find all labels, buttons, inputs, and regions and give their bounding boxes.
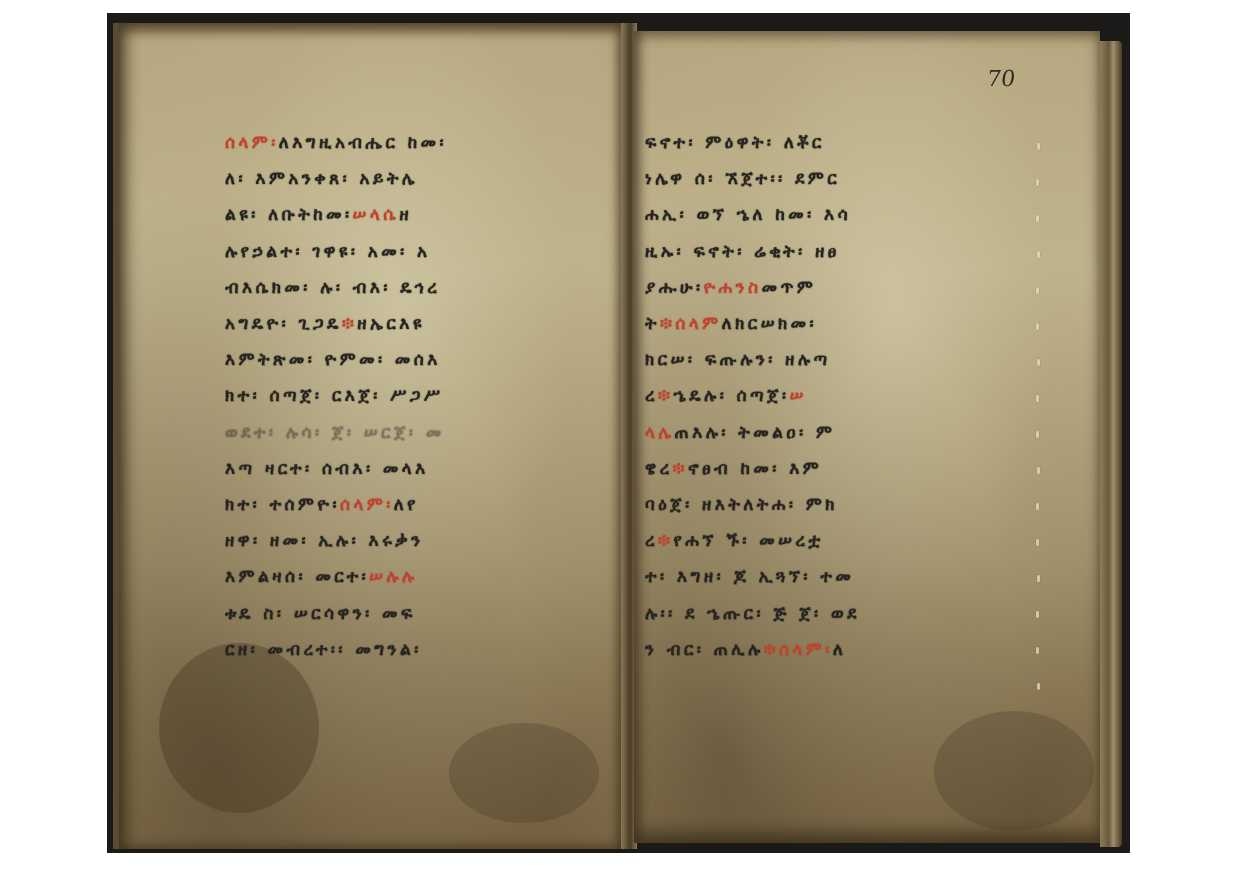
body-text: ለ፡ እምአንቀጸ፡ አይትሌ [225, 169, 418, 189]
right-page-text: ፍኖተ፡ ምዕዋት፡ ለቾርነሌዋ ሰ፡ ኧጀተ፡፡ ደምርሐኢ፡ ወኘ ኄለ … [645, 125, 995, 668]
body-text: ዘ [399, 205, 412, 225]
body-text: ዘኤርእዩ [357, 314, 425, 334]
rubric-text: ፨ [342, 314, 357, 334]
right-text-line: ክርሠ፡ ፍጡሉን፡ ዘሉጣ [645, 342, 995, 378]
body-text: ክተ፡ ሰጣጀ፡ ርእጀ፡ ሥጋሥ [225, 386, 443, 406]
right-text-line: ረ፨ኄዴሉ፡ ሰጣጀ፡ ሠ [645, 378, 995, 414]
right-text-line: ት፨ሰላምለክርሠክመ፡ [645, 306, 995, 342]
stain [934, 711, 1094, 831]
pricking-hole [1036, 395, 1039, 402]
body-text: ሉየኃልተ፡ ገዋዩ፡ አመ፡ አ [225, 242, 431, 262]
body-text: ኖፀብ ከመ፡ እም [688, 459, 822, 479]
body-text: እምትጽመ፡ ዮምመ፡ መሰእ [225, 350, 441, 370]
body-text: እጣ ዛርተ፡ ሰብእ፡ መላእ [225, 459, 429, 479]
rubric-text: ፨ [658, 386, 673, 406]
stain [449, 723, 599, 823]
right-text-line: ሐኢ፡ ወኘ ኄለ ከመ፡ እሳ [645, 197, 995, 233]
body-text: ተ፡ እግዘ፡ ጆ ኢጓኘ፡ ተመ [645, 567, 854, 587]
body-text: ያሑሁ፡ [645, 278, 704, 298]
left-text-line: አግዴዮ፡ ጊጋዴ፨ዘኤርእዩ [225, 306, 585, 342]
body-text: ት [645, 314, 660, 334]
left-text-line: ሰላም፡ ለእግዚአብሔር ከመ፡ [225, 125, 585, 161]
body-text: አግዴዮ፡ ጊጋዴ [225, 314, 342, 334]
pricking-hole [1036, 215, 1039, 222]
pricking-hole [1036, 179, 1039, 186]
body-text: ፍኖተ፡ ምዕዋት፡ ለቾር [645, 133, 825, 153]
body-text: ዌረ [645, 459, 673, 479]
right-text-line: ረ፨የሐኘ ጙ፡ መሠረቷ [645, 523, 995, 559]
right-text-line: ን ብር፡ ጠሊሉ፨ሰላም፡ ለ [645, 632, 995, 668]
left-text-line: ለ፡ እምአንቀጸ፡ አይትሌ [225, 161, 585, 197]
right-text-line: ባዕጀ፡ ዘእትለትሐ፡ ምክ [645, 487, 995, 523]
left-text-line: ዘዋ፡ ዘመ፡ ኢሉ፡ እሩቃን [225, 523, 585, 559]
right-text-line: ተ፡ እግዘ፡ ጆ ኢጓኘ፡ ተመ [645, 559, 995, 595]
body-text: ርዘ፡ መብረተ፡፡ መግንል፡ [225, 640, 422, 660]
pricking-hole [1036, 287, 1039, 294]
left-text-line: ክተ፡ ሰጣጀ፡ ርእጀ፡ ሥጋሥ [225, 378, 585, 414]
fore-edge [1100, 41, 1122, 847]
right-text-line: ፍኖተ፡ ምዕዋት፡ ለቾር [645, 125, 995, 161]
body-text: ሉ፡፡ ደ ኄጡር፡ ጅ ጀ፡ ወደ [645, 604, 860, 624]
rubric-text: ፨ [673, 459, 688, 479]
body-text: ለክርሠክመ፡ [722, 314, 817, 334]
body-text: ክተ፡ ተሰምዮ፡ [225, 495, 340, 515]
body-text: ክርሠ፡ ፍጡሉን፡ ዘሉጣ [645, 350, 831, 370]
body-text: ለየ [394, 495, 419, 515]
left-text-line: ቱዴ ስ፡ ሠርሳዋን፡ መፍ [225, 595, 585, 631]
rubric-text: ፨ሰላም [660, 314, 722, 334]
body-text: ባዕጀ፡ ዘእትለትሐ፡ ምክ [645, 495, 838, 515]
pricking-hole [1036, 503, 1039, 510]
pricking-hole [1037, 683, 1040, 690]
left-text-line: ልዩ፡ ለቡትከመ፡ ሠላሴ ዘ [225, 197, 585, 233]
body-text: ረ [645, 386, 658, 406]
right-text-line: ላሌ ጠእሉ፡ ትመልዐ፡ ም [645, 415, 995, 451]
body-text: እምልዛሰ፡ መርተ፡ [225, 567, 369, 587]
pricking-hole [1037, 467, 1040, 474]
pricking-hole [1037, 575, 1040, 582]
left-text-line: ወደተ፡ ሉሳ፡ ጀ፡ ሠርጀ፡ መ [225, 415, 585, 451]
left-text-line: ሉየኃልተ፡ ገዋዩ፡ አመ፡ አ [225, 234, 585, 270]
pricking-hole [1036, 431, 1039, 438]
left-text-line: እጣ ዛርተ፡ ሰብእ፡ መላእ [225, 451, 585, 487]
body-text: ኄዴሉ፡ ሰጣጀ፡ [673, 386, 789, 406]
left-text-line: እምልዛሰ፡ መርተ፡ ሠሉሉ [225, 559, 585, 595]
right-text-line: ነሌዋ ሰ፡ ኧጀተ፡፡ ደምር [645, 161, 995, 197]
pricking-hole [1036, 539, 1039, 546]
body-text: ጠእሉ፡ ትመልዐ፡ ም [675, 423, 836, 443]
body-text: ቱዴ ስ፡ ሠርሳዋን፡ መፍ [225, 604, 416, 624]
pricking-hole [1037, 143, 1040, 150]
folio-number: 70 [985, 67, 1017, 92]
rubric-text: ሠላሴ [353, 205, 400, 225]
body-text: ለእግዚአብሔር ከመ፡ [279, 133, 447, 153]
body-text: ልዩ፡ ለቡትከመ፡ [225, 205, 353, 225]
rubric-text: ዮሐንስ [704, 278, 762, 298]
body-text: ብእሴክመ፡ ሉ፡ ብእ፡ ዴኅረ [225, 278, 440, 298]
left-text-line: ክተ፡ ተሰምዮ፡ ሰላም፡ ለየ [225, 487, 585, 523]
rubric-text: ሰላም፡ [225, 133, 279, 153]
right-text-line: ዚኡ፡ ፍኖት፡ ሬቂት፡ ዘፀ [645, 234, 995, 270]
body-text: ነሌዋ ሰ፡ ኧጀተ፡፡ ደምር [645, 169, 840, 189]
rubric-text: ሰላም፡ [340, 495, 394, 515]
body-text: ለ [833, 640, 846, 660]
manuscript-photo: 70 ሰላም፡ ለእግዚአብሔር ከመ፡ለ፡ እምአንቀጸ፡ አይትሌልዩ፡ ለ… [107, 13, 1130, 853]
pricking-hole [1037, 359, 1040, 366]
right-text-line: ሉ፡፡ ደ ኄጡር፡ ጅ ጀ፡ ወደ [645, 595, 995, 631]
right-text-line: ያሑሁ፡ ዮሐንስመጥም [645, 270, 995, 306]
rubric-text: ላሌ [645, 423, 675, 443]
left-text-line: እምትጽመ፡ ዮምመ፡ መሰእ [225, 342, 585, 378]
left-page-text: ሰላም፡ ለእግዚአብሔር ከመ፡ለ፡ እምአንቀጸ፡ አይትሌልዩ፡ ለቡትከ… [225, 125, 585, 668]
right-text-line: ዌረ፨ኖፀብ ከመ፡ እም [645, 451, 995, 487]
left-text-line: ርዘ፡ መብረተ፡፡ መግንል፡ [225, 632, 585, 668]
left-text-line: ብእሴክመ፡ ሉ፡ ብእ፡ ዴኅረ [225, 270, 585, 306]
body-text: የሐኘ ጙ፡ መሠረቷ [673, 531, 823, 551]
rubric-text: ፨ሰላም፡ [764, 640, 833, 660]
pricking-hole [1036, 647, 1039, 654]
rubric-text: ፨ [658, 531, 673, 551]
pricking-hole [1036, 611, 1039, 618]
body-text: ሐኢ፡ ወኘ ኄለ ከመ፡ እሳ [645, 205, 851, 225]
rubric-text: ሠ [790, 386, 807, 406]
pricking-hole [1037, 251, 1040, 258]
body-text: ን ብር፡ ጠሊሉ [645, 640, 764, 660]
body-text: ረ [645, 531, 658, 551]
body-text: ወደተ፡ ሉሳ፡ ጀ፡ ሠርጀ፡ መ [225, 423, 445, 443]
rubric-text: ሠሉሉ [369, 567, 418, 587]
stain [159, 643, 319, 813]
body-text: ዚኡ፡ ፍኖት፡ ሬቂት፡ ዘፀ [645, 242, 840, 262]
body-text: መጥም [762, 278, 817, 298]
pricking-hole [1036, 323, 1039, 330]
body-text: ዘዋ፡ ዘመ፡ ኢሉ፡ እሩቃን [225, 531, 424, 551]
